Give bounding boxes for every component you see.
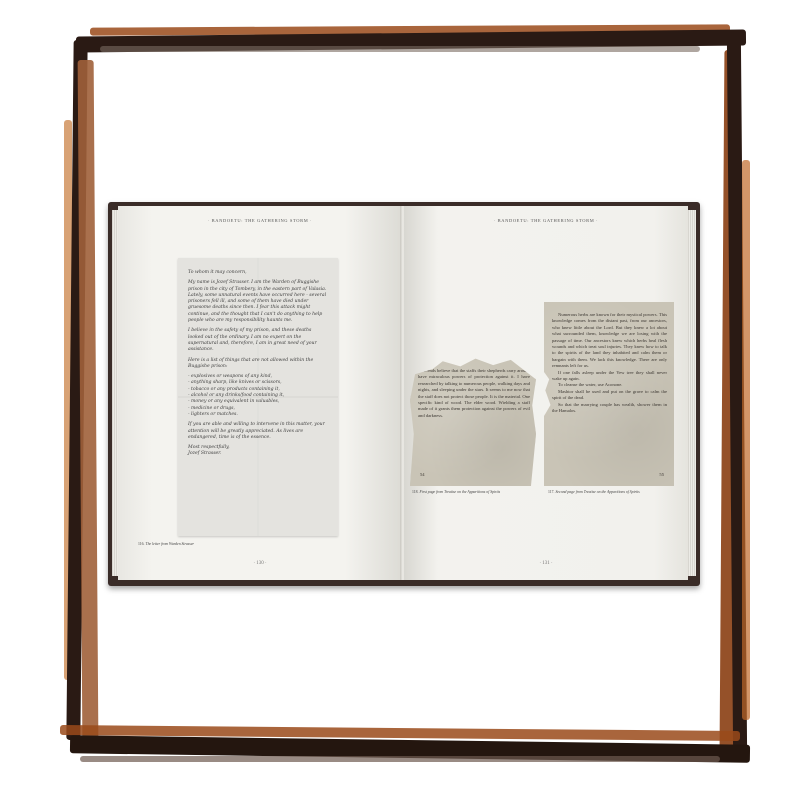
letter-salutation: To whom it may concern, <box>188 270 328 276</box>
right-page: · BANDOETU: THE GATHERING STORM · ...end… <box>404 206 688 580</box>
frame-stroke-bottom-dark <box>70 735 750 762</box>
frame-stroke-bottom-rust <box>60 725 740 741</box>
torn-fragment-first-page: ...ends believe that the staffs their sh… <box>410 356 536 486</box>
caption-text: The letter from Warden Strasser <box>145 542 194 546</box>
list-item: lighters or matches. <box>188 412 328 418</box>
frame-stroke-top-grey <box>100 46 700 52</box>
frame-stroke-top-dark <box>76 29 746 52</box>
warden-letter: To whom it may concern, My name is Jozef… <box>178 258 338 536</box>
frame-stroke-right-dark <box>727 40 747 750</box>
fragment-1-caption: 118. First page from Treatise on the App… <box>412 490 500 494</box>
fragment-2-caption: 117. Second page from Treatise on the Ap… <box>548 490 640 494</box>
caption-number: 118. <box>412 490 419 494</box>
forbidden-items-list: explosives or weapons of any kind, anyth… <box>188 374 328 418</box>
page-number-left: · 130 · <box>118 561 402 566</box>
caption-text: Second page from Treatise on the Apparit… <box>555 490 639 494</box>
page-number-right: · 131 · <box>404 561 688 566</box>
open-book: · BANDOETU: THE GATHERING STORM · To who… <box>108 202 700 586</box>
frame-stroke-top-rust <box>90 24 730 35</box>
frame-stroke-left-dark <box>66 40 87 740</box>
fragment-1-text: ...ends believe that the staffs their sh… <box>418 368 530 419</box>
fragment-2-paragraph: So that the marrying couple has wealth, … <box>552 402 667 415</box>
caption-text: First page from Treatise on the Appariti… <box>419 490 500 494</box>
frame-stroke-bottom-grey <box>80 756 720 762</box>
letter-paragraph-3: Here is a list of things that are not al… <box>188 358 328 371</box>
frame-stroke-left-orange <box>64 120 72 680</box>
fragment-2-paragraph: If one falls asleep under the Yew tree t… <box>552 370 667 383</box>
frame-stroke-left-tan <box>78 60 99 740</box>
letter-body: To whom it may concern, My name is Jozef… <box>188 270 328 462</box>
torn-fragment-second-page: Numerous herbs are known for their mysti… <box>544 302 674 486</box>
running-head-right: · BANDOETU: THE GATHERING STORM · <box>404 218 688 223</box>
running-head-left: · BANDOETU: THE GATHERING STORM · <box>118 218 402 223</box>
fragment-2-paragraph: Mashtor shall be used and put on the gra… <box>552 389 667 402</box>
caption-number: 116. <box>138 542 145 546</box>
letter-paragraph-2: I believe in the safety of my prison, an… <box>188 328 328 353</box>
left-page: · BANDOETU: THE GATHERING STORM · To who… <box>118 206 402 580</box>
fragment-2-paragraph: Numerous herbs are known for their mysti… <box>552 312 667 370</box>
caption-number: 117. <box>548 490 555 494</box>
page-edges-right <box>688 210 696 576</box>
letter-signature: Jozef Strasser. <box>188 451 328 457</box>
fragment-1-page-number: 54 <box>420 472 425 478</box>
letter-paragraph-4: If you are able and willing to intervene… <box>188 422 328 441</box>
frame-stroke-right-orange <box>742 160 750 720</box>
frame-stroke-right-rust <box>720 50 739 750</box>
letter-paragraph-1: My name is Jozef Strasser. I am the Ward… <box>188 280 328 324</box>
fragment-2-page-number: 55 <box>659 472 664 478</box>
letter-caption: 116. The letter from Warden Strasser <box>138 542 194 546</box>
